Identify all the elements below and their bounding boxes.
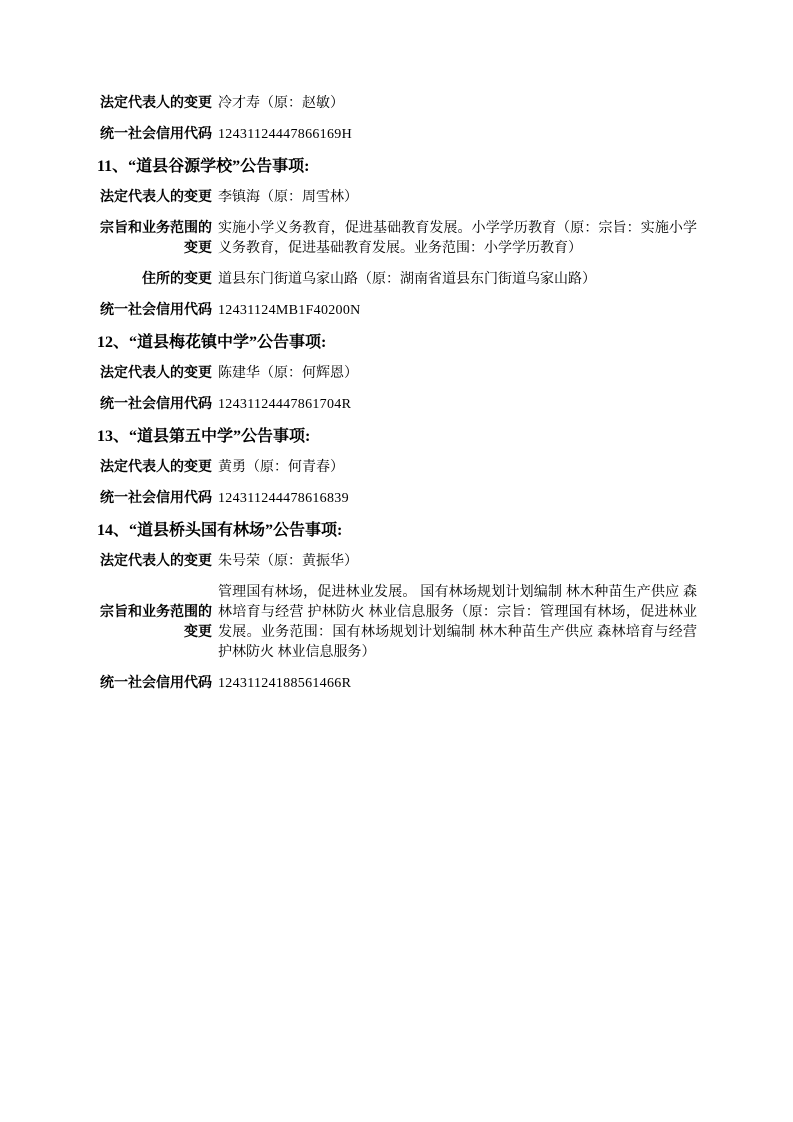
field-label-legal-rep-change: 法定代表人的变更 [97,94,212,114]
section-heading-13: 13、“道县第五中学”公告事项: [97,426,697,447]
field-value-legal-rep-change: 朱号荣（原：黄振华） [218,552,697,572]
field-value-legal-rep-change: 冷才寿（原：赵敏） [218,94,697,114]
field-value-legal-rep-change: 李镇海（原：周雪林） [218,188,697,208]
field-value-credit-code: 12431124447866169H [218,125,697,145]
field-value-purpose-scope-change: 管理国有林场，促进林业发展。 国有林场规划计划编制 林木种苗生产供应 森林培育与… [218,583,697,663]
field-label-legal-rep-change: 法定代表人的变更 [97,364,212,384]
field-row: 统一社会信用代码 12431124MB1F40200N [97,301,697,321]
field-label-address-change: 住所的变更 [97,270,212,290]
section-heading-12: 12、“道县梅花镇中学”公告事项: [97,332,697,353]
field-label-credit-code: 统一社会信用代码 [97,489,212,509]
field-row: 法定代表人的变更 朱号荣（原：黄振华） [97,552,697,572]
field-value-credit-code: 12431124188561466R [218,674,697,694]
field-row: 统一社会信用代码 12431124447861704R [97,395,697,415]
field-value-legal-rep-change: 黄勇（原：何青春） [218,458,697,478]
field-value-credit-code: 12431124MB1F40200N [218,301,697,321]
field-value-credit-code: 124311244478616839 [218,489,697,509]
field-row: 统一社会信用代码 124311244478616839 [97,489,697,509]
field-value-credit-code: 12431124447861704R [218,395,697,415]
field-label-credit-code: 统一社会信用代码 [97,674,212,694]
field-row: 统一社会信用代码 12431124447866169H [97,125,697,145]
document-page: 法定代表人的变更 冷才寿（原：赵敏） 统一社会信用代码 124311244478… [0,0,793,1122]
field-row: 统一社会信用代码 12431124188561466R [97,674,697,694]
field-row: 宗旨和业务范围的变更 实施小学义务教育，促进基础教育发展。小学学历教育（原：宗旨… [97,219,697,259]
field-label-legal-rep-change: 法定代表人的变更 [97,552,212,572]
field-label-legal-rep-change: 法定代表人的变更 [97,458,212,478]
field-value-address-change: 道县东门街道乌家山路（原：湖南省道县东门街道乌家山路） [218,270,697,290]
field-value-legal-rep-change: 陈建华（原：何辉恩） [218,364,697,384]
field-row: 法定代表人的变更 黄勇（原：何青春） [97,458,697,478]
field-row: 法定代表人的变更 陈建华（原：何辉恩） [97,364,697,384]
field-row: 住所的变更 道县东门街道乌家山路（原：湖南省道县东门街道乌家山路） [97,270,697,290]
field-label-credit-code: 统一社会信用代码 [97,395,212,415]
field-label-credit-code: 统一社会信用代码 [97,301,212,321]
field-value-purpose-scope-change: 实施小学义务教育，促进基础教育发展。小学学历教育（原：宗旨：实施小学义务教育，促… [218,219,697,259]
field-row: 法定代表人的变更 冷才寿（原：赵敏） [97,94,697,114]
field-label-purpose-scope-change: 宗旨和业务范围的变更 [97,219,212,259]
field-label-purpose-scope-change: 宗旨和业务范围的变更 [97,603,212,643]
field-row: 宗旨和业务范围的变更 管理国有林场，促进林业发展。 国有林场规划计划编制 林木种… [97,583,697,663]
field-label-credit-code: 统一社会信用代码 [97,125,212,145]
section-heading-14: 14、“道县桥头国有林场”公告事项: [97,520,697,541]
field-label-legal-rep-change: 法定代表人的变更 [97,188,212,208]
section-heading-11: 11、“道县谷源学校”公告事项: [97,156,697,177]
document-content: 法定代表人的变更 冷才寿（原：赵敏） 统一社会信用代码 124311244478… [97,94,697,705]
field-row: 法定代表人的变更 李镇海（原：周雪林） [97,188,697,208]
